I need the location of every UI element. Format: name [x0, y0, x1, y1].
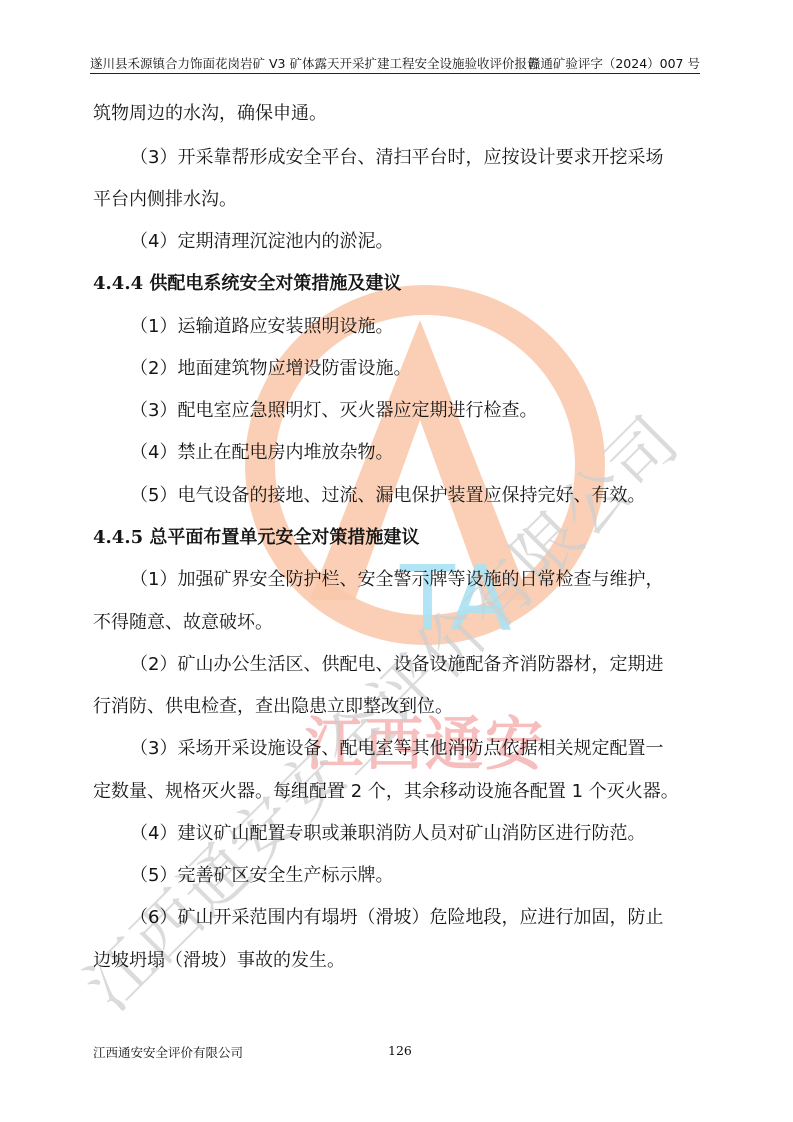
page-number: 126 [388, 1043, 412, 1058]
paragraph-line: 行消防、供电检查，查出隐患立即整改到位。 [93, 696, 453, 718]
watermark-logo-ring [245, 285, 605, 645]
list-item: （6）矿山开采范围内有塌坍（滑坡）危险地段，应进行加固，防止 [130, 907, 663, 929]
section-heading: 4.4.5 总平面布置单元安全对策措施建议 [93, 527, 419, 549]
paragraph-line: 边坡坍塌（滑坡）事故的发生。 [93, 950, 345, 972]
paragraph-line: 不得随意、故意破坏。 [93, 612, 273, 634]
paragraph-line: （3）开采靠帮形成安全平台、清扫平台时，应按设计要求开挖采场 [130, 147, 663, 169]
list-item: （4）建议矿山配置专职或兼职消防人员对矿山消防区进行防范。 [130, 823, 645, 845]
paragraph-line: 定数量、规格灭火器。每组配置 2 个，其余移动设施各配置 1 个灭火器。 [93, 781, 679, 803]
section-heading: 4.4.4 供配电系统安全对策措施及建议 [93, 273, 401, 295]
paragraph-line: （4）定期清理沉淀池内的淤泥。 [130, 231, 393, 253]
page-header: 遂川县禾源镇合力饰面花岗岩矿 V3 矿体露天开采扩建工程安全设施验收评价报告 赣… [90, 56, 700, 74]
list-item: （1）加强矿界安全防护栏、安全警示牌等设施的日常检查与维护， [130, 569, 663, 591]
list-item: （5）完善矿区安全生产标示牌。 [130, 865, 393, 887]
list-item: （3）配电室应急照明灯、灭火器应定期进行检查。 [130, 400, 537, 422]
list-item: （3）采场开采设施设备、配电室等其他消防点依据相关规定配置一 [130, 738, 663, 760]
list-item: （2）地面建筑物应增设防雷设施。 [130, 358, 411, 380]
header-doc-number: 赣通矿验评字（2024）007 号 [528, 56, 700, 72]
list-item: （5）电气设备的接地、过流、漏电保护装置应保持完好、有效。 [130, 485, 645, 507]
list-item: （1）运输道路应安装照明设施。 [130, 316, 393, 338]
paragraph-line: 筑物周边的水沟，确保申通。 [93, 103, 327, 125]
list-item: （4）禁止在配电房内堆放杂物。 [130, 442, 393, 464]
header-report-title: 遂川县禾源镇合力饰面花岗岩矿 V3 矿体露天开采扩建工程安全设施验收评价报告 [90, 56, 539, 72]
footer-company: 江西通安安全评价有限公司 [93, 1043, 243, 1061]
paragraph-line: 平台内侧排水沟。 [93, 189, 237, 211]
list-item: （2）矿山办公生活区、供配电、设备设施配备齐消防器材，定期进 [130, 654, 663, 676]
document-page: TA 江西通安 江西通安安全评价有限公司 遂川县禾源镇合力饰面花岗岩矿 V3 矿… [0, 0, 793, 1122]
